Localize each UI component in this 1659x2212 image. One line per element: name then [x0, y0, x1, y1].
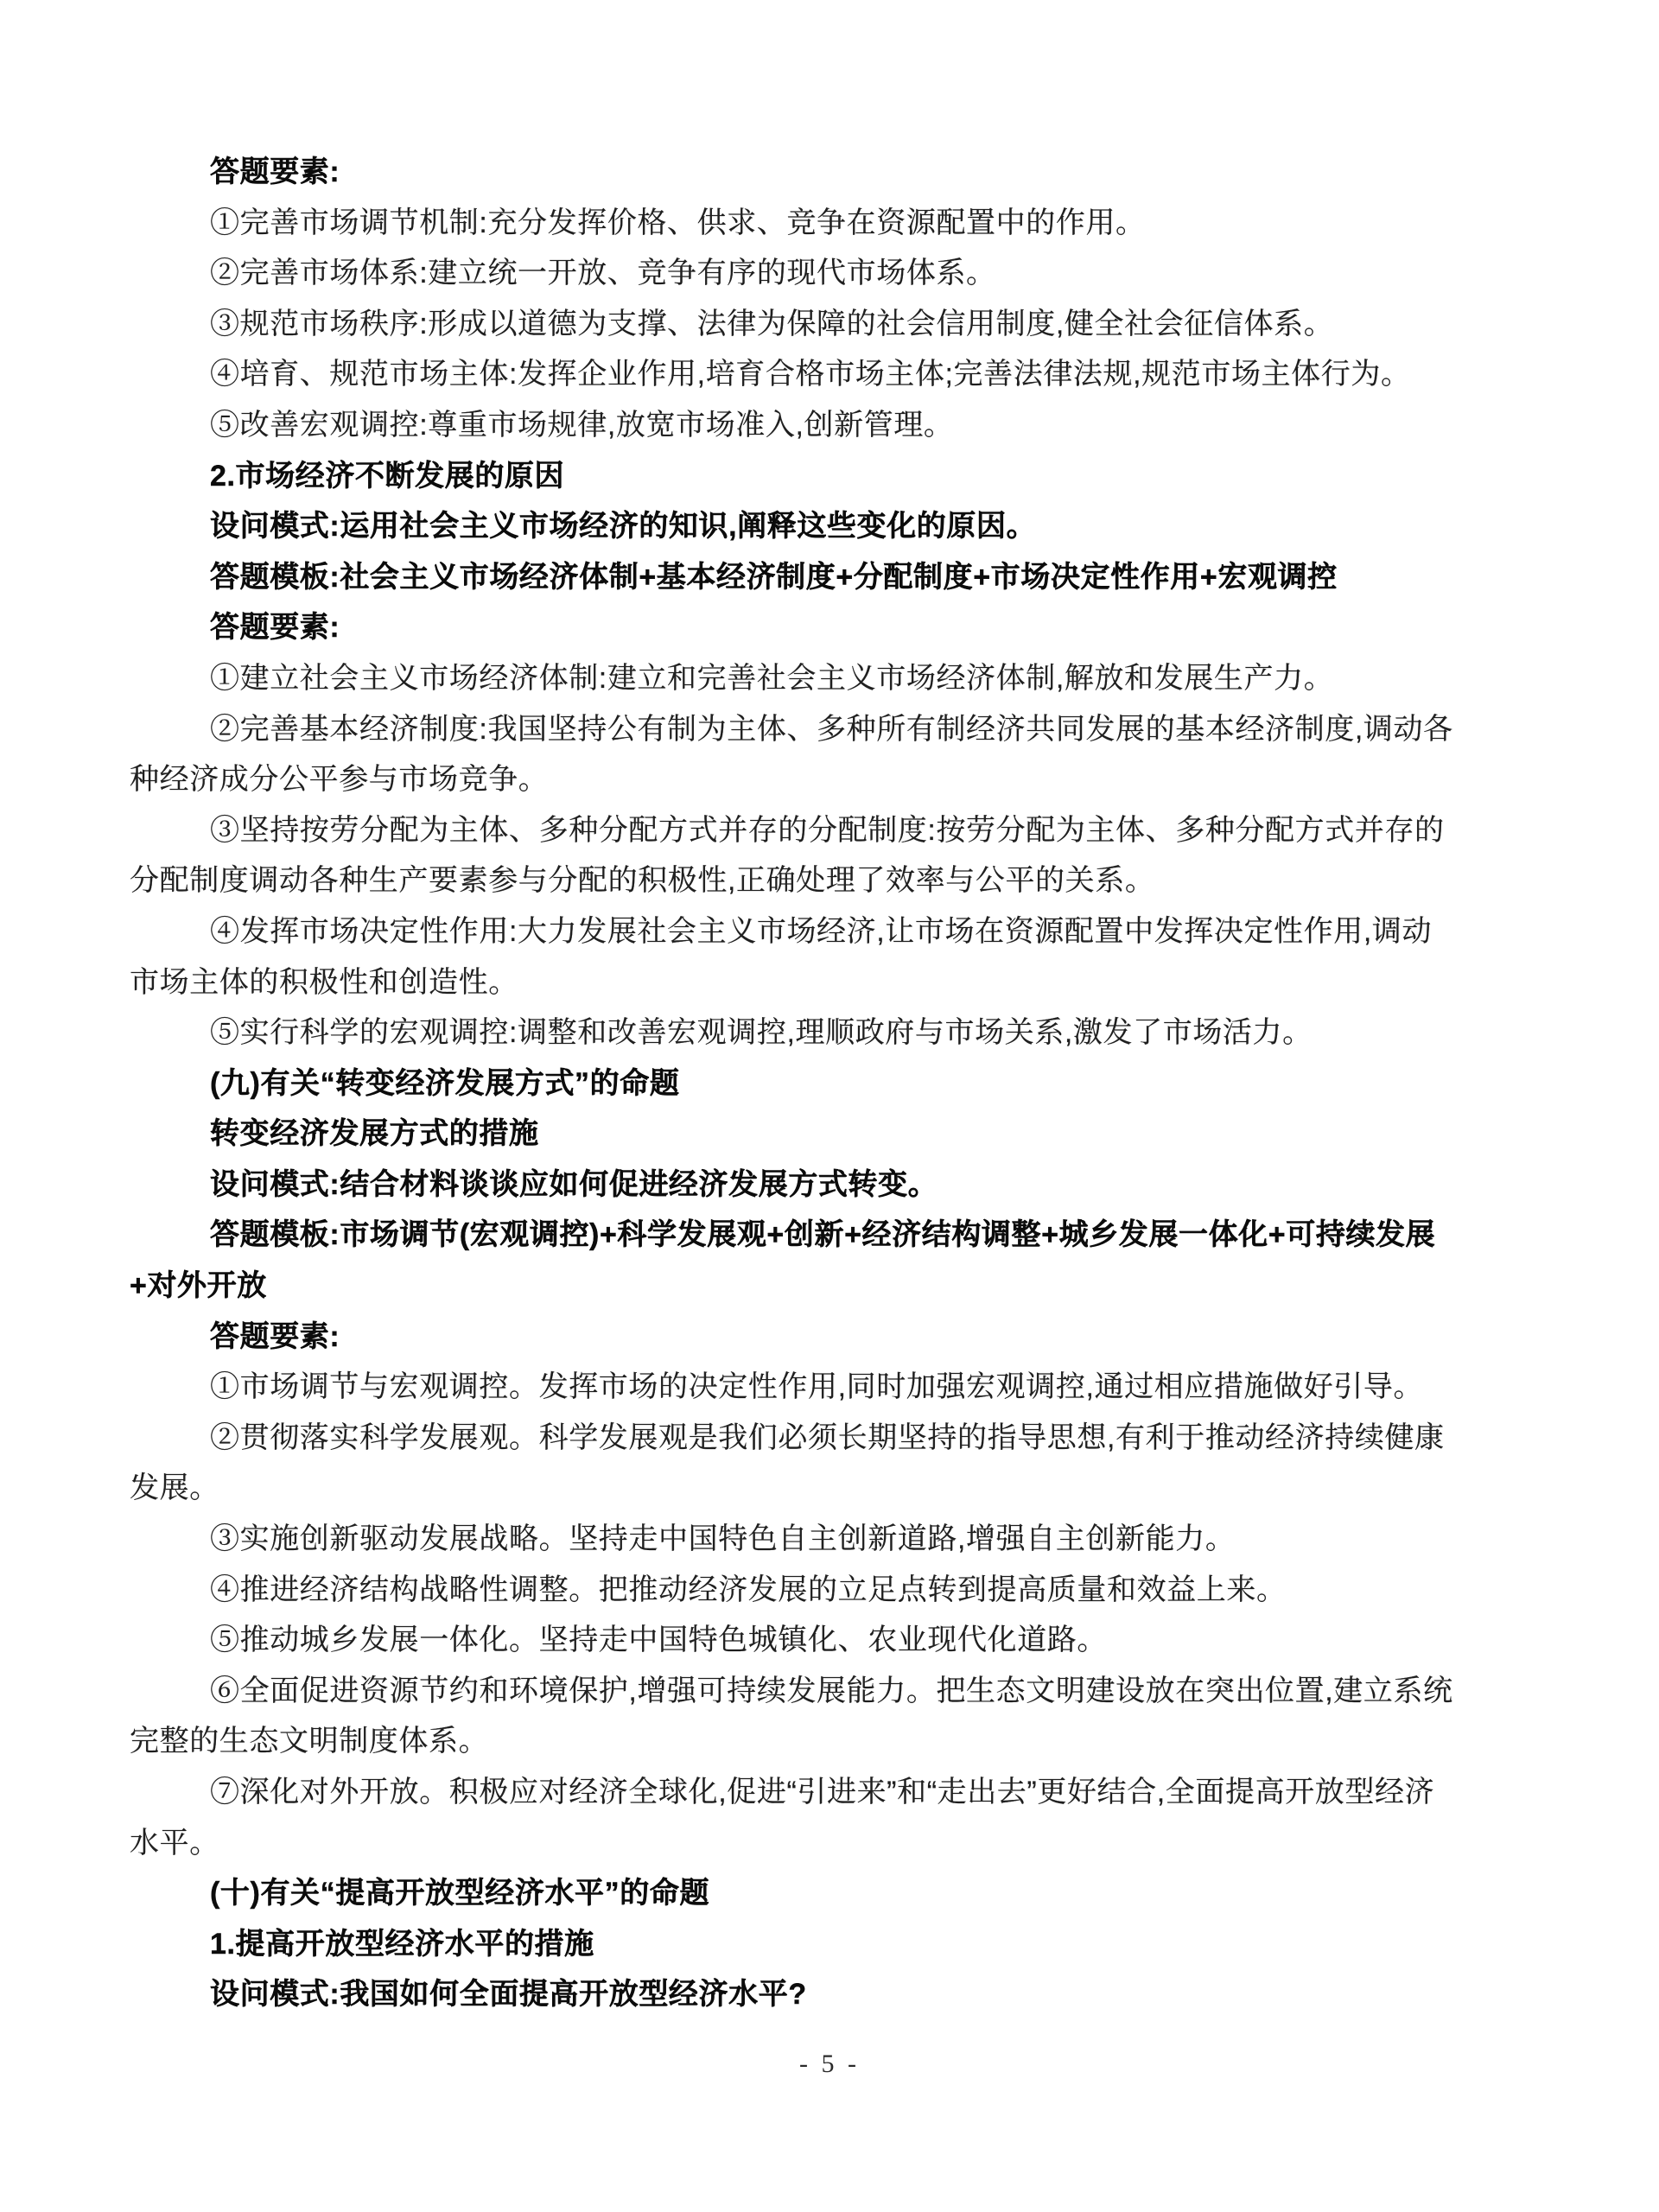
text-line: 答题模板:社会主义市场经济体制+基本经济制度+分配制度+市场决定性作用+宏观调控	[130, 552, 1616, 603]
document-body: 答题要素:①完善市场调节机制:充分发挥价格、供求、竞争在资源配置中的作用。②完善…	[130, 147, 1616, 2020]
text-line: 设问模式:运用社会主义市场经济的知识,阐释这些变化的原因。	[130, 501, 1616, 552]
text-line: ①市场调节与宏观调控。发挥市场的决定性作用,同时加强宏观调控,通过相应措施做好引…	[130, 1362, 1616, 1413]
text-line: (九)有关“转变经济发展方式”的命题	[130, 1058, 1616, 1109]
text-line: (十)有关“提高开放型经济水平”的命题	[130, 1868, 1616, 1919]
text-line: ④推进经济结构战略性调整。把推动经济发展的立足点转到提高质量和效益上来。	[130, 1565, 1616, 1616]
text-line: 2.市场经济不断发展的原因	[130, 451, 1616, 502]
document-page: 答题要素:①完善市场调节机制:充分发挥价格、供求、竞争在资源配置中的作用。②完善…	[0, 0, 1659, 2212]
text-line: ②完善市场体系:建立统一开放、竞争有序的现代市场体系。	[130, 248, 1616, 299]
text-line: 市场主体的积极性和创造性。	[130, 957, 1616, 1008]
text-line: 种经济成分公平参与市场竞争。	[130, 754, 1616, 805]
text-line: ③实施创新驱动发展战略。坚持走中国特色自主创新道路,增强自主创新能力。	[130, 1514, 1616, 1565]
page-number: - 5 -	[0, 2050, 1659, 2079]
text-line: 1.提高开放型经济水平的措施	[130, 1919, 1616, 1970]
text-line: ④发挥市场决定性作用:大力发展社会主义市场经济,让市场在资源配置中发挥决定性作用…	[130, 906, 1616, 957]
text-line: ④培育、规范市场主体:发挥企业作用,培育合格市场主体;完善法律法规,规范市场主体…	[130, 349, 1616, 400]
text-line: 发展。	[130, 1463, 1616, 1514]
text-line: ②贯彻落实科学发展观。科学发展观是我们必须长期坚持的指导思想,有利于推动经济持续…	[130, 1413, 1616, 1464]
text-line: ⑦深化对外开放。积极应对经济全球化,促进“引进来”和“走出去”更好结合,全面提高…	[130, 1767, 1616, 1818]
text-line: 答题要素:	[130, 1312, 1616, 1363]
text-line: ③规范市场秩序:形成以道德为支撑、法律为保障的社会信用制度,健全社会征信体系。	[130, 299, 1616, 350]
text-line: 答题要素:	[130, 147, 1616, 198]
text-line: ⑤推动城乡发展一体化。坚持走中国特色城镇化、农业现代化道路。	[130, 1615, 1616, 1666]
text-line: 转变经济发展方式的措施	[130, 1109, 1616, 1160]
text-line: ①建立社会主义市场经济体制:建立和完善社会主义市场经济体制,解放和发展生产力。	[130, 653, 1616, 704]
text-line: 答题模板:市场调节(宏观调控)+科学发展观+创新+经济结构调整+城乡发展一体化+…	[130, 1210, 1616, 1261]
text-line: ⑤改善宏观调控:尊重市场规律,放宽市场准入,创新管理。	[130, 400, 1616, 451]
text-line: ⑤实行科学的宏观调控:调整和改善宏观调控,理顺政府与市场关系,激发了市场活力。	[130, 1007, 1616, 1058]
text-line: 设问模式:我国如何全面提高开放型经济水平?	[130, 1969, 1616, 2020]
text-line: 水平。	[130, 1818, 1616, 1869]
text-line: 分配制度调动各种生产要素参与分配的积极性,正确处理了效率与公平的关系。	[130, 855, 1616, 906]
text-line: +对外开放	[130, 1261, 1616, 1312]
text-line: 设问模式:结合材料谈谈应如何促进经济发展方式转变。	[130, 1160, 1616, 1211]
text-line: 答题要素:	[130, 602, 1616, 653]
text-line: ②完善基本经济制度:我国坚持公有制为主体、多种所有制经济共同发展的基本经济制度,…	[130, 704, 1616, 755]
text-line: ①完善市场调节机制:充分发挥价格、供求、竞争在资源配置中的作用。	[130, 198, 1616, 249]
text-line: 完整的生态文明制度体系。	[130, 1716, 1616, 1767]
text-line: ⑥全面促进资源节约和环境保护,增强可持续发展能力。把生态文明建设放在突出位置,建…	[130, 1666, 1616, 1717]
text-line: ③坚持按劳分配为主体、多种分配方式并存的分配制度:按劳分配为主体、多种分配方式并…	[130, 805, 1616, 856]
